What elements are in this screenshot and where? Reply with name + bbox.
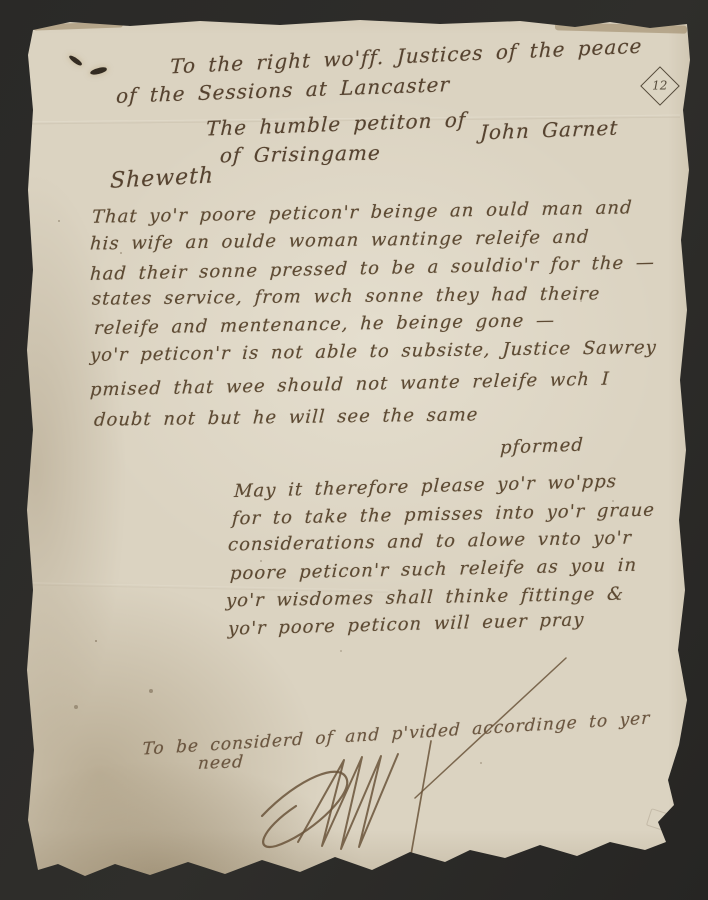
signature-flourish — [0, 0, 708, 900]
manuscript-scan: 12 To the right wo'ff. Justices of the p… — [0, 0, 708, 900]
paraph-loop — [262, 772, 347, 847]
paraph-zigzag — [298, 754, 398, 849]
paper-sheet: 12 To the right wo'ff. Justices of the p… — [0, 0, 708, 900]
paraph-slash — [409, 741, 431, 866]
pray-tail-stroke — [415, 658, 566, 798]
fly-specks — [0, 0, 2, 2]
